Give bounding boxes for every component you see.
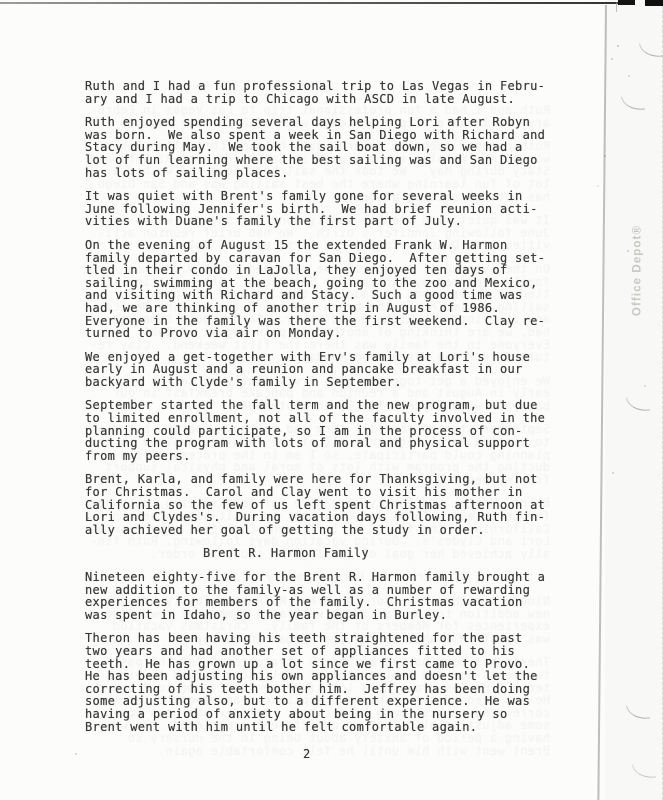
paragraph: Nineteen eighty-five for the Brent R. Ha… [85,571,565,621]
binder-clip-mark [618,0,635,5]
dust-speck [617,45,619,47]
paragraph: Theron has been having his teeth straigh… [85,632,565,733]
scanned-page: Ruth and I had a fun professional trip t… [0,0,663,800]
section-heading: Brent R. Harmon Family [203,547,565,560]
binder-top-edge [0,2,618,4]
paragraph: Ruth enjoyed spending several days helpi… [85,116,565,179]
paragraph: We enjoyed a get-together with Erv's fam… [85,351,565,389]
page-number: 2 [303,747,311,761]
paragraph: Ruth and I had a fun professional trip t… [85,80,565,105]
paragraph: It was quiet with Brent's family gone fo… [85,190,565,228]
paragraph: Brent, Karla, and family were here for T… [85,473,565,536]
paragraph: On the evening of August 15 the extended… [85,239,565,340]
paragraph: September started the fall term and the … [85,399,565,462]
office-depot-watermark: Office Depot® [632,201,647,341]
binder-corner-mark [645,0,663,6]
binder-top-tick [616,2,617,12]
document-text: Ruth and I had a fun professional trip t… [85,80,565,744]
